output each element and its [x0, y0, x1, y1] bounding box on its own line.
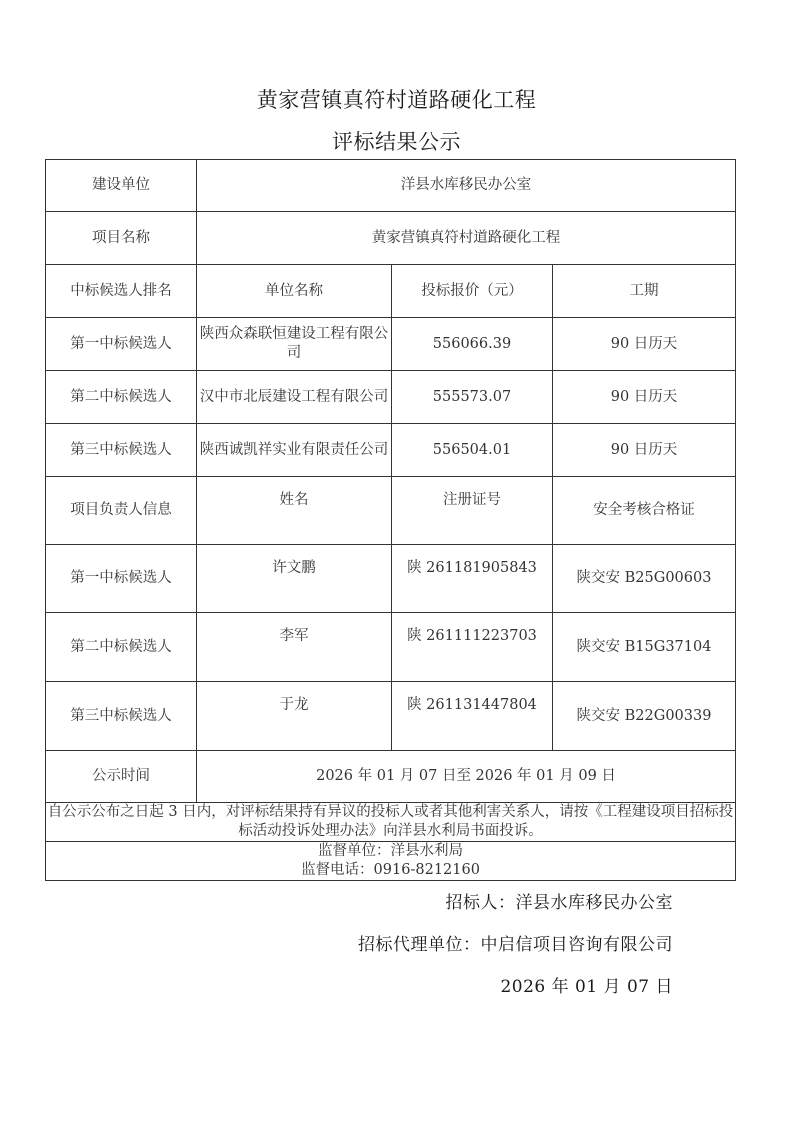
publicity-period-label: 公示时间 [46, 751, 197, 803]
project-name-value: 黄家营镇真符村道路硬化工程 [197, 212, 736, 265]
bid-duration: 90 日历天 [553, 424, 736, 477]
bid-company: 陕西众森联恒建设工程有限公司 [197, 318, 392, 371]
header-company: 单位名称 [197, 265, 392, 318]
document-title: 黄家营镇真符村道路硬化工程 [0, 84, 793, 114]
supervision-phone: 监督电话：0916-8212160 [46, 861, 735, 880]
manager-rank: 第二中标候选人 [46, 613, 197, 682]
supervision-row: 监督单位：洋县水利局 监督电话：0916-8212160 [46, 842, 736, 881]
document-subtitle: 评标结果公示 [0, 126, 793, 156]
bid-company: 汉中市北辰建设工程有限公司 [197, 371, 392, 424]
bid-duration: 90 日历天 [553, 371, 736, 424]
bid-rank: 第二中标候选人 [46, 371, 197, 424]
bid-price: 555573.07 [392, 371, 553, 424]
manager-row: 第二中标候选人 李军 陕 261111223703 陕交安 B15G37104 [46, 613, 736, 682]
header-manager-info: 项目负责人信息 [46, 477, 197, 545]
bid-row: 第三中标候选人 陕西诚凯祥实业有限责任公司 556504.01 90 日历天 [46, 424, 736, 477]
bid-header-row: 中标候选人排名 单位名称 投标报价（元） 工期 [46, 265, 736, 318]
header-price: 投标报价（元） [392, 265, 553, 318]
bid-price: 556066.39 [392, 318, 553, 371]
bid-rank: 第一中标候选人 [46, 318, 197, 371]
bid-row: 第一中标候选人 陕西众森联恒建设工程有限公司 556066.39 90 日历天 [46, 318, 736, 371]
header-name: 姓名 [197, 477, 392, 545]
publicity-period-value: 2026 年 01 月 07 日至 2026 年 01 月 09 日 [197, 751, 736, 803]
manager-safety-cert: 陕交安 B22G00339 [553, 682, 736, 751]
manager-safety-cert: 陕交安 B25G00603 [553, 545, 736, 613]
manager-reg-no: 陕 261111223703 [392, 613, 553, 682]
manager-name: 许文鹏 [197, 545, 392, 613]
publicity-period-row: 公示时间 2026 年 01 月 07 日至 2026 年 01 月 09 日 [46, 751, 736, 803]
manager-reg-no: 陕 261181905843 [392, 545, 553, 613]
tenderer-signature: 招标人：洋县水库移民办公室 [446, 888, 674, 913]
project-name-row: 项目名称 黄家营镇真符村道路硬化工程 [46, 212, 736, 265]
manager-name: 于龙 [197, 682, 392, 751]
bid-rank: 第三中标候选人 [46, 424, 197, 477]
manager-reg-no: 陕 261131447804 [392, 682, 553, 751]
project-name-label: 项目名称 [46, 212, 197, 265]
manager-header-row: 项目负责人信息 姓名 注册证号 安全考核合格证 [46, 477, 736, 545]
bid-row: 第二中标候选人 汉中市北辰建设工程有限公司 555573.07 90 日历天 [46, 371, 736, 424]
notice-row: 自公示公布之日起 3 日内，对评标结果持有异议的投标人或者其他利害关系人，请按《… [46, 803, 736, 842]
manager-safety-cert: 陕交安 B15G37104 [553, 613, 736, 682]
header-reg-no: 注册证号 [392, 477, 553, 545]
header-safety-cert: 安全考核合格证 [553, 477, 736, 545]
bid-price: 556504.01 [392, 424, 553, 477]
bid-result-table: 建设单位 洋县水库移民办公室 项目名称 黄家营镇真符村道路硬化工程 中标候选人排… [45, 159, 736, 881]
bid-company: 陕西诚凯祥实业有限责任公司 [197, 424, 392, 477]
manager-row: 第一中标候选人 许文鹏 陕 261181905843 陕交安 B25G00603 [46, 545, 736, 613]
construction-unit-row: 建设单位 洋县水库移民办公室 [46, 160, 736, 212]
manager-rank: 第三中标候选人 [46, 682, 197, 751]
manager-row: 第三中标候选人 于龙 陕 261131447804 陕交安 B22G00339 [46, 682, 736, 751]
construction-unit-label: 建设单位 [46, 160, 197, 212]
supervision-unit: 监督单位：洋县水利局 [46, 842, 735, 861]
agency-signature: 招标代理单位：中启信项目咨询有限公司 [358, 930, 673, 955]
header-duration: 工期 [553, 265, 736, 318]
header-rank: 中标候选人排名 [46, 265, 197, 318]
manager-name: 李军 [197, 613, 392, 682]
manager-rank: 第一中标候选人 [46, 545, 197, 613]
bid-duration: 90 日历天 [553, 318, 736, 371]
complaint-notice: 自公示公布之日起 3 日内，对评标结果持有异议的投标人或者其他利害关系人，请按《… [46, 803, 736, 842]
construction-unit-value: 洋县水库移民办公室 [197, 160, 736, 212]
signature-date: 2026 年 01 月 07 日 [500, 972, 673, 997]
supervision-info: 监督单位：洋县水利局 监督电话：0916-8212160 [46, 842, 736, 881]
